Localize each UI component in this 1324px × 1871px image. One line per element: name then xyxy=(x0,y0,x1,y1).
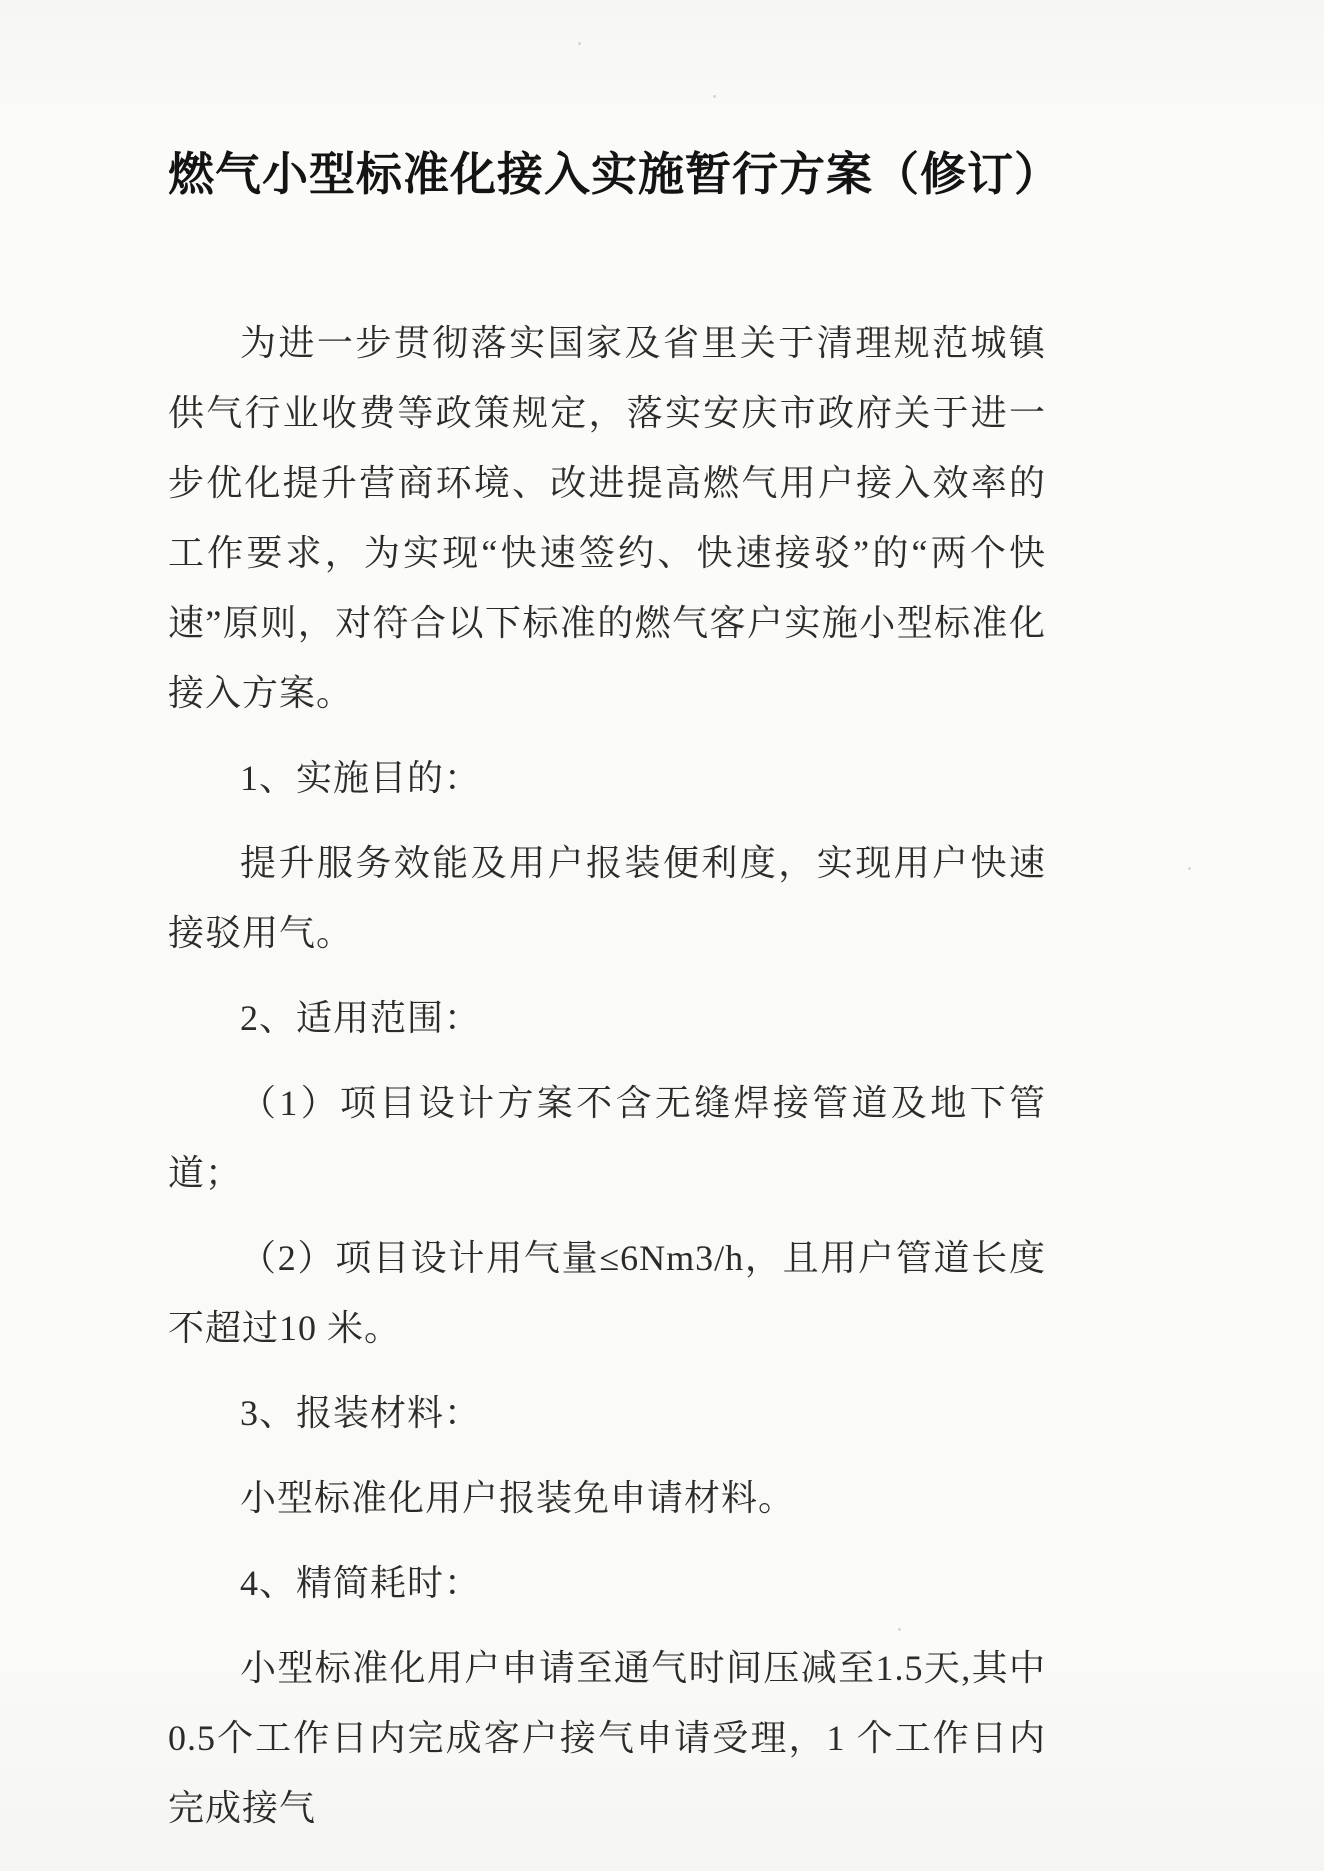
scanned-document-page: 燃气小型标准化接入实施暂行方案（修订） 为进一步贯彻落实国家及省里关于清理规范城… xyxy=(0,0,1324,1871)
scan-artifact xyxy=(578,42,581,45)
body-paragraph: （2）项目设计用气量≤6Nm3/h，且用户管道长度不超过10 米。 xyxy=(168,1223,1046,1363)
section-heading: 2、适用范围： xyxy=(168,983,1046,1053)
document-title: 燃气小型标准化接入实施暂行方案（修订） xyxy=(168,138,1046,204)
body-paragraph: 为进一步贯彻落实国家及省里关于清理规范城镇供气行业收费等政策规定，落实安庆市政府… xyxy=(168,308,1046,728)
body-paragraph: 提升服务效能及用户报装便利度，实现用户快速接驳用气。 xyxy=(168,828,1046,968)
scan-artifact xyxy=(713,95,716,98)
section-heading: 1、实施目的： xyxy=(168,743,1046,813)
body-paragraph: 小型标准化用户申请至通气时间压减至1.5天,其中0.5个工作日内完成客户接气申请… xyxy=(168,1633,1046,1843)
body-paragraph: （1）项目设计方案不含无缝焊接管道及地下管道； xyxy=(168,1068,1046,1208)
scan-artifact xyxy=(898,1628,901,1631)
scan-artifact xyxy=(1188,867,1191,870)
section-heading: 3、报装材料： xyxy=(168,1378,1046,1448)
section-heading: 4、精简耗时： xyxy=(168,1548,1046,1618)
scan-artifact xyxy=(571,608,574,611)
body-paragraph: 小型标准化用户报装免申请材料。 xyxy=(168,1463,1046,1533)
document-content: 燃气小型标准化接入实施暂行方案（修订） 为进一步贯彻落实国家及省里关于清理规范城… xyxy=(168,138,1046,1843)
